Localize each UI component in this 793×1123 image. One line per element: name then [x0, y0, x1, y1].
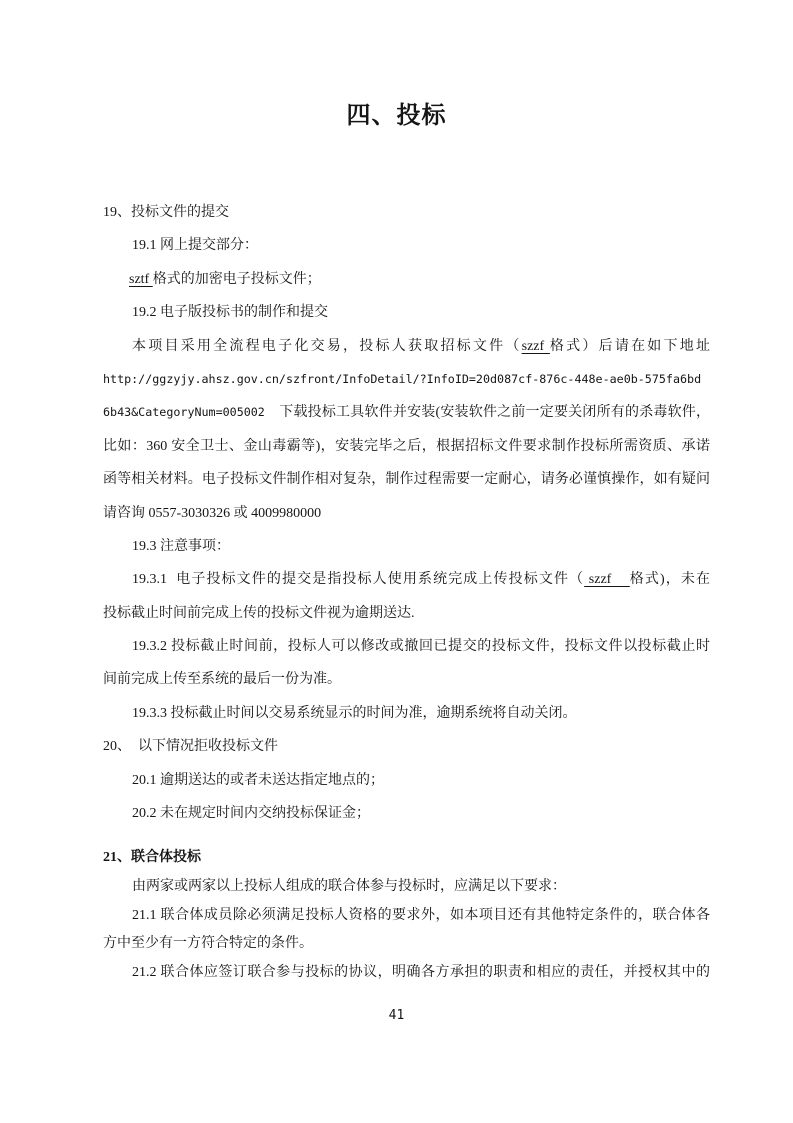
item-20-2: 20.2 未在规定时间内交纳投标保证金； — [103, 797, 710, 830]
document-body-joint-bid: 21、联合体投标由两家或两家以上投标人组成的联合体参与投标时，应满足以下要求：2… — [103, 844, 710, 988]
text-segment: 函等相关材料。电子投标文件制作相对复杂，制作过程需要一定耐心，请务必谨慎操作，如… — [103, 472, 710, 487]
para-19-2-line-1: 本项目采用全流程电子化交易，投标人获取招标文件（szzf 格式）后请在如下地址 — [103, 330, 710, 363]
para-21-intro: 由两家或两家以上投标人组成的联合体参与投标时，应满足以下要求： — [103, 873, 710, 902]
heading-21: 21、联合体投标 — [103, 844, 710, 873]
text-segment: 19、投标文件的提交 — [103, 205, 229, 220]
text-segment: 格式的加密电子投标文件； — [153, 272, 321, 287]
para-21-1-line-1: 21.1 联合体成员除必须满足投标人资格的要求外，如本项目还有其他特定条件的，联… — [103, 902, 710, 931]
item-19-1: 19.1 网上提交部分： — [103, 229, 710, 262]
text-segment: 间前完成上传至系统的最后一份为准。 — [103, 672, 341, 687]
document-page: 四、投标 19、投标文件的提交19.1 网上提交部分：sztf 格式的加密电子投… — [0, 0, 793, 1123]
url-text: http://ggzyjy.ahsz.gov.cn/szfront/InfoDe… — [103, 372, 701, 386]
para-19-2-line-6: 请咨询 0557-3030326 或 4009980000 — [103, 497, 710, 530]
text-segment: 19.2 电子版投标书的制作和提交 — [132, 305, 328, 320]
para-19-2-url-line-2: 6b43&CategoryNum=005002 下载投标工具软件并安装(安装软件… — [103, 396, 710, 429]
text-segment: 格式）后请在如下地址 — [550, 339, 710, 354]
text-segment: 本项目采用全流程电子化交易，投标人获取招标文件（ — [132, 339, 522, 354]
page-number: 41 — [0, 1008, 793, 1023]
text-segment: 21.2 联合体应签订联合参与投标的协议，明确各方承担的职责和相应的责任，并授权… — [132, 965, 710, 980]
para-19-2-line-5: 函等相关材料。电子投标文件制作相对复杂，制作过程需要一定耐心，请务必谨慎操作，如… — [103, 463, 710, 496]
text-segment: 比如：360 安全卫士、金山毒霸等)，安装完毕之后，根据招标文件要求制作投标所需… — [103, 439, 710, 454]
text-segment: 方中至少有一方符合特定的条件。 — [103, 936, 313, 951]
para-19-3-2-line-2: 间前完成上传至系统的最后一份为准。 — [103, 663, 710, 696]
text-segment: 20、 以下情况拒收投标文件 — [103, 739, 278, 754]
text-segment: 19.3 注意事项： — [132, 539, 230, 554]
text-segment: 19.3.2 投标截止时间前，投标人可以修改或撤回已提交的投标文件，投标文件以投… — [132, 639, 710, 654]
underlined-text: sztf — [129, 272, 153, 287]
para-19-3-1-line-2: 投标截止时间前完成上传的投标文件视为逾期送达. — [103, 597, 710, 630]
para-19-3-2-line-1: 19.3.2 投标截止时间前，投标人可以修改或撤回已提交的投标文件，投标文件以投… — [103, 630, 710, 663]
item-20-1: 20.1 逾期送达的或者未送达指定地点的； — [103, 764, 710, 797]
url-text: 6b43&CategoryNum=005002 — [103, 405, 265, 419]
heading-20: 20、 以下情况拒收投标文件 — [103, 730, 710, 763]
underlined-text: szzf — [522, 339, 550, 354]
text-segment: 20.1 逾期送达的或者未送达指定地点的； — [132, 773, 384, 788]
text-segment: 21、联合体投标 — [103, 850, 201, 865]
heading-19-3: 19.3 注意事项： — [103, 530, 710, 563]
heading-19-2: 19.2 电子版投标书的制作和提交 — [103, 296, 710, 329]
document-body-main: 19、投标文件的提交19.1 网上提交部分：sztf 格式的加密电子投标文件；1… — [103, 196, 710, 830]
text-segment: 21.1 联合体成员除必须满足投标人资格的要求外，如本项目还有其他特定条件的，联… — [132, 908, 710, 923]
text-segment: 投标截止时间前完成上传的投标文件视为逾期送达. — [103, 606, 415, 621]
para-21-1-line-2: 方中至少有一方符合特定的条件。 — [103, 930, 710, 959]
para-19-3-1-line-1: 19.3.1 电子投标文件的提交是指投标人使用系统完成上传投标文件（ szzf … — [103, 563, 710, 596]
para-21-2-line-1: 21.2 联合体应签订联合参与投标的协议，明确各方承担的职责和相应的责任，并授权… — [103, 959, 710, 988]
text-segment: 19.3.1 电子投标文件的提交是指投标人使用系统完成上传投标文件（ — [132, 572, 584, 587]
document-title: 四、投标 — [0, 95, 793, 130]
text-segment: 请咨询 0557-3030326 或 4009980000 — [103, 506, 321, 521]
para-19-3-3: 19.3.3 投标截止时间以交易系统显示的时间为准，逾期系统将自动关闭。 — [103, 697, 710, 730]
text-segment: 由两家或两家以上投标人组成的联合体参与投标时，应满足以下要求： — [132, 879, 566, 894]
text-segment: 20.2 未在规定时间内交纳投标保证金； — [132, 806, 370, 821]
para-19-2-line-4: 比如：360 安全卫士、金山毒霸等)，安装完毕之后，根据招标文件要求制作投标所需… — [103, 430, 710, 463]
text-segment: 19.1 网上提交部分： — [132, 238, 258, 253]
heading-19: 19、投标文件的提交 — [103, 196, 710, 229]
item-19-1-content: sztf 格式的加密电子投标文件； — [103, 263, 710, 296]
underlined-text: szzf — [584, 572, 630, 587]
text-segment: 下载投标工具软件并安装(安装软件之前一定要关闭所有的杀毒软件， — [265, 405, 710, 420]
para-19-2-url-line-1: http://ggzyjy.ahsz.gov.cn/szfront/InfoDe… — [103, 363, 710, 396]
text-segment: 19.3.3 投标截止时间以交易系统显示的时间为准，逾期系统将自动关闭。 — [132, 706, 577, 721]
text-segment: 格式)，未在 — [630, 572, 710, 587]
